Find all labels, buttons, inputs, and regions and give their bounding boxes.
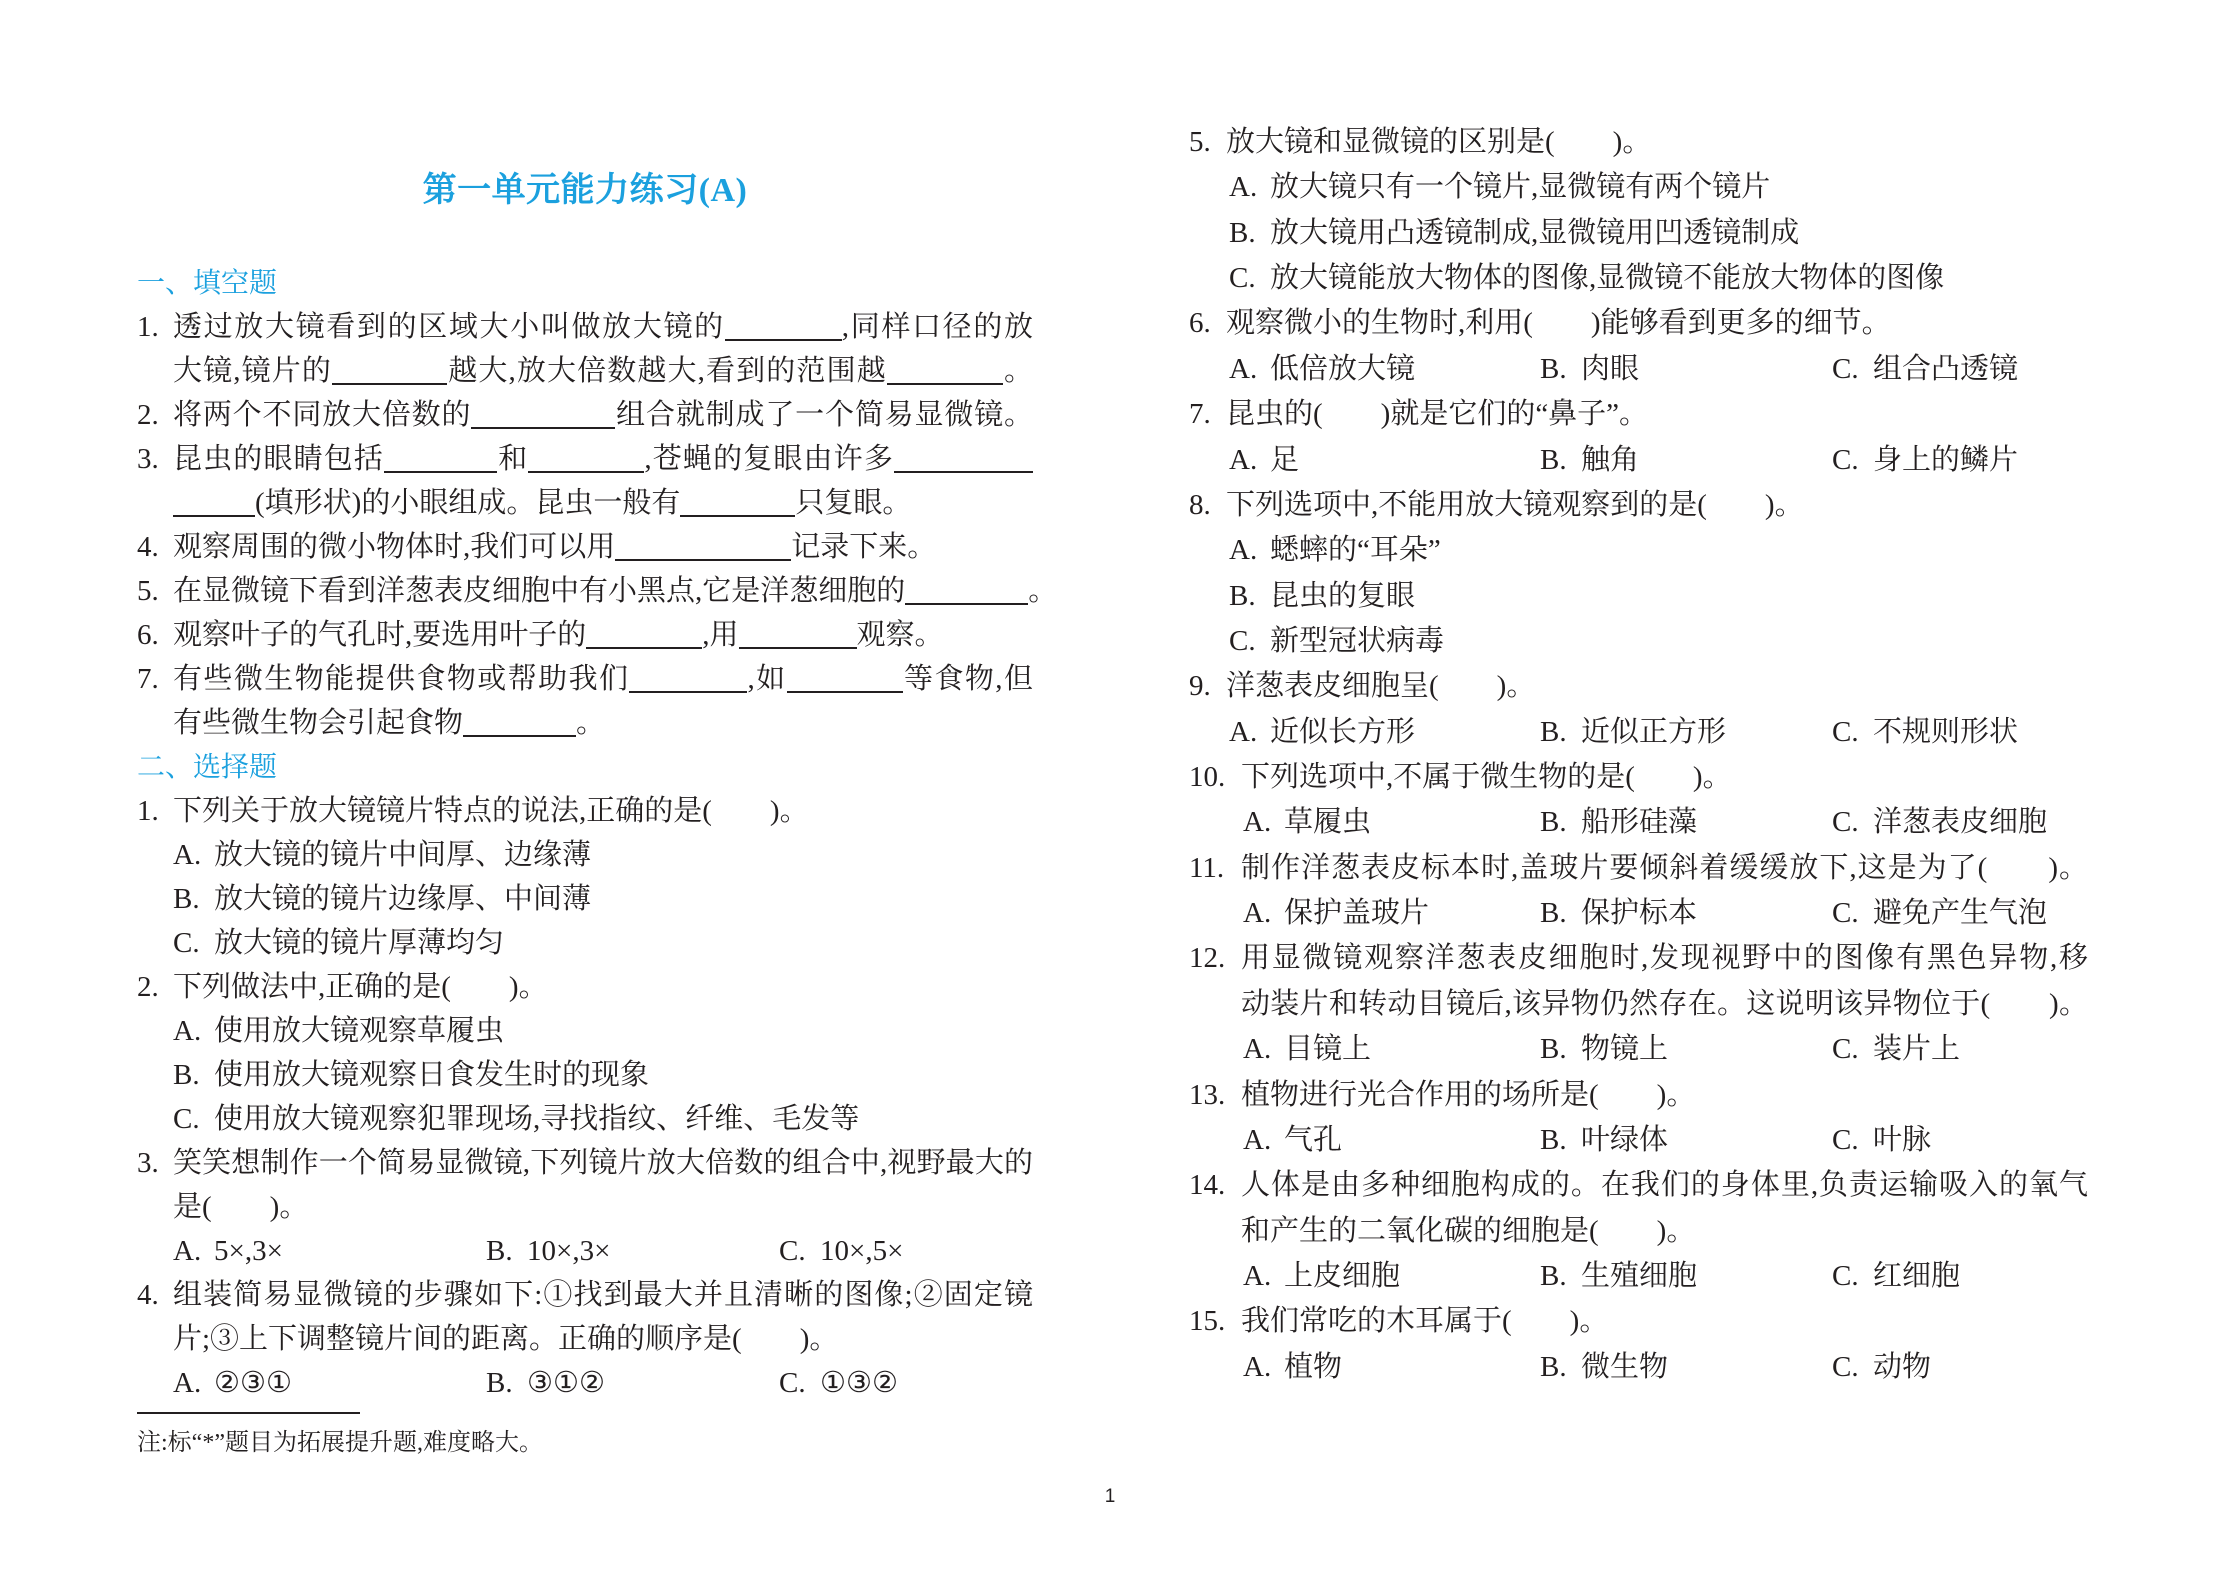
question-text: ,用	[702, 619, 738, 651]
choice-options-row: A.②③① B.③①② C.①③②	[137, 1361, 1033, 1405]
answer-blank	[471, 427, 615, 429]
option-text: 保护盖玻片	[1284, 897, 1429, 929]
question-text: 。	[1028, 575, 1057, 607]
choice-option-c: C.身上的鳞片	[1832, 438, 2018, 483]
choice-question-5: 5.放大镜和显微镜的区别是( )。	[1189, 120, 2088, 165]
question-number: 1.	[137, 305, 159, 349]
question-number: 13.	[1189, 1073, 1225, 1118]
option-text: ②③①	[214, 1367, 292, 1399]
option-text: 放大镜只有一个镜片,显微镜有两个镜片	[1270, 171, 1770, 203]
choice-option-c: C.组合凸透镜	[1832, 347, 2018, 392]
option-label: A.	[1243, 800, 1284, 845]
choice-question-6: 6.观察微小的生物时,利用( )能够看到更多的细节。	[1189, 301, 2088, 346]
option-label: B.	[1540, 800, 1581, 845]
choice-option-c: C.①③②	[779, 1361, 898, 1405]
option-text: 10×,5×	[820, 1235, 903, 1267]
question-stem: 我们常吃的木耳属于( )。	[1241, 1305, 1608, 1337]
question-text: 。	[576, 707, 605, 739]
option-label: B.	[173, 877, 214, 921]
answer-blank	[173, 515, 255, 517]
option-text: 叶绿体	[1581, 1124, 1668, 1156]
option-text: 放大镜的镜片中间厚、边缘薄	[214, 839, 591, 871]
choice-option-b: B.③①②	[486, 1361, 605, 1405]
choice-question-13: 13.植物进行光合作用的场所是( )。	[1189, 1073, 2088, 1118]
question-stem: 下列选项中,不属于微生物的是( )。	[1241, 761, 1732, 793]
question-stem: 放大镜和显微镜的区别是( )。	[1226, 126, 1651, 158]
choice-option-a: A.草履虫	[1243, 800, 1371, 845]
question-text: ,如	[747, 663, 786, 695]
option-label: B.	[1540, 891, 1581, 936]
question-stem: 下列关于放大镜镜片特点的说法,正确的是( )。	[173, 795, 809, 827]
option-label: B.	[1229, 211, 1270, 256]
choice-question-10: 10.下列选项中,不属于微生物的是( )。	[1189, 755, 2088, 800]
fill-in-question-3: 3.昆虫的眼睛包括和,苍蝇的复眼由许多	[137, 437, 1033, 481]
question-stem: 片;③上下调整镜片间的距离。正确的顺序是( )。	[173, 1323, 838, 1355]
question-text: 透过放大镜看到的区域大小叫做放大镜的	[173, 311, 725, 343]
option-label: C.	[1832, 1118, 1873, 1163]
option-text: 微生物	[1581, 1351, 1668, 1383]
question-text: 观察周围的微小物体时,我们可以用	[173, 531, 615, 563]
choice-question-1: 1.下列关于放大镜镜片特点的说法,正确的是( )。	[137, 789, 1033, 833]
option-text: 昆虫的复眼	[1270, 580, 1415, 612]
option-label: A.	[1243, 1118, 1284, 1163]
question-number: 6.	[137, 613, 159, 657]
choice-option-c: C.红细胞	[1832, 1254, 1960, 1299]
question-stem: 下列做法中,正确的是( )。	[173, 971, 548, 1003]
option-text: 上皮细胞	[1284, 1260, 1400, 1292]
option-label: C.	[1229, 256, 1270, 301]
option-text: 触角	[1581, 444, 1639, 476]
choice-question-15: 15.我们常吃的木耳属于( )。	[1189, 1299, 2088, 1344]
question-number: 2.	[137, 393, 159, 437]
question-stem: 下列选项中,不能用放大镜观察到的是( )。	[1226, 489, 1804, 521]
right-column: 5.放大镜和显微镜的区别是( )。 A.放大镜只有一个镜片,显微镜有两个镜片 B…	[1189, 120, 2088, 1390]
option-text: 放大镜的镜片边缘厚、中间薄	[214, 883, 591, 915]
choice-options-row: A.保护盖玻片 B.保护标本 C.避免产生气泡	[1189, 891, 2088, 936]
answer-blank	[629, 691, 747, 693]
choice-question-3-continued: 是( )。	[137, 1185, 1033, 1229]
choice-option-a: A.蟋蟀的“耳朵”	[1189, 528, 2088, 573]
choice-question-3: 3.笑笑想制作一个简易显微镜,下列镜片放大倍数的组合中,视野最大的	[137, 1141, 1033, 1185]
question-number: 3.	[137, 437, 159, 481]
option-label: B.	[1540, 1027, 1581, 1072]
option-label: A.	[1229, 438, 1270, 483]
choice-option-b: B.叶绿体	[1540, 1118, 1668, 1163]
choice-question-2: 2.下列做法中,正确的是( )。	[137, 965, 1033, 1009]
option-text: 物镜上	[1581, 1033, 1668, 1065]
option-label: C.	[1229, 619, 1270, 664]
choice-option-b: B.10×,3×	[486, 1229, 610, 1273]
option-text: 肉眼	[1581, 353, 1639, 385]
answer-blank	[528, 471, 644, 473]
choice-question-12: 12.用显微镜观察洋葱表皮细胞时,发现视野中的图像有黑色异物,移	[1189, 936, 2088, 981]
choice-option-a: A.放大镜的镜片中间厚、边缘薄	[137, 833, 1033, 877]
option-label: A.	[173, 1361, 214, 1405]
question-stem: 用显微镜观察洋葱表皮细胞时,发现视野中的图像有黑色异物,移	[1241, 942, 2088, 974]
page-number: 1	[1090, 1484, 1130, 1510]
choice-options-row: A.目镜上 B.物镜上 C.装片上	[1189, 1027, 2088, 1072]
question-stem: 笑笑想制作一个简易显微镜,下列镜片放大倍数的组合中,视野最大的	[173, 1147, 1033, 1179]
option-text: 组合凸透镜	[1873, 353, 2018, 385]
choice-question-14-continued: 和产生的二氧化碳的细胞是( )。	[1189, 1209, 2088, 1254]
option-label: A.	[1243, 1027, 1284, 1072]
question-stem: 和产生的二氧化碳的细胞是( )。	[1241, 1215, 1695, 1247]
option-text: 低倍放大镜	[1270, 353, 1415, 385]
question-number: 7.	[137, 657, 159, 701]
fill-in-question-7: 7.有些微生物能提供食物或帮助我们,如等食物,但	[137, 657, 1033, 701]
fill-in-question-6: 6.观察叶子的气孔时,要选用叶子的,用观察。	[137, 613, 1033, 657]
choice-question-9: 9.洋葱表皮细胞呈( )。	[1189, 664, 2088, 709]
question-stem: 昆虫的( )就是它们的“鼻子”。	[1226, 398, 1648, 430]
question-stem: 制作洋葱表皮标本时,盖玻片要倾斜着缓缓放下,这是为了( )。	[1241, 852, 2088, 884]
option-label: C.	[1832, 1345, 1873, 1390]
option-text: 放大镜能放大物体的图像,显微镜不能放大物体的图像	[1270, 262, 1944, 294]
answer-blank	[725, 339, 842, 341]
question-text: 有些微生物会引起食物	[173, 707, 463, 739]
choice-option-c: C.洋葱表皮细胞	[1832, 800, 2047, 845]
option-label: A.	[1229, 710, 1270, 755]
option-text: 近似正方形	[1581, 716, 1726, 748]
choice-option-c: C.使用放大镜观察犯罪现场,寻找指纹、纤维、毛发等	[137, 1097, 1033, 1141]
question-text: 只复眼。	[795, 487, 911, 519]
question-number: 11.	[1189, 846, 1224, 891]
section-heading-multiple-choice: 二、选择题	[137, 745, 1033, 789]
choice-option-a: A.保护盖玻片	[1243, 891, 1429, 936]
question-stem: 观察微小的生物时,利用( )能够看到更多的细节。	[1226, 307, 1891, 339]
question-number: 4.	[137, 525, 159, 569]
question-text: 在显微镜下看到洋葱表皮细胞中有小黑点,它是洋葱细胞的	[173, 575, 905, 607]
question-stem: 组装简易显微镜的步骤如下:①找到最大并且清晰的图像;②固定镜	[173, 1279, 1033, 1311]
choice-option-c: C.10×,5×	[779, 1229, 903, 1273]
question-stem: 动装片和转动目镜后,该异物仍然存在。这说明该异物位于( )。	[1241, 988, 2088, 1020]
fill-in-question-3-continued: (填形状)的小眼组成。昆虫一般有只复眼。	[137, 481, 1033, 525]
choice-option-a: A.使用放大镜观察草履虫	[137, 1009, 1033, 1053]
option-text: 使用放大镜观察日食发生时的现象	[214, 1059, 649, 1091]
answer-blank	[680, 515, 795, 517]
answer-blank	[739, 647, 857, 649]
option-label: B.	[1540, 1118, 1581, 1163]
choice-option-c: C.装片上	[1832, 1027, 1960, 1072]
question-text: 昆虫的眼睛包括	[173, 443, 384, 475]
question-text: 观察。	[857, 619, 944, 651]
option-label: C.	[1832, 710, 1873, 755]
option-text: 草履虫	[1284, 806, 1371, 838]
page-title: 第一单元能力练习(A)	[137, 168, 1033, 214]
option-text: 新型冠状病毒	[1270, 625, 1444, 657]
question-stem: 是( )。	[173, 1191, 308, 1223]
choice-option-a: A.气孔	[1243, 1118, 1342, 1163]
option-label: B.	[1540, 347, 1581, 392]
option-text: 使用放大镜观察草履虫	[214, 1015, 504, 1047]
question-number: 12.	[1189, 936, 1225, 981]
choice-question-12-continued: 动装片和转动目镜后,该异物仍然存在。这说明该异物位于( )。	[1189, 982, 2088, 1027]
choice-options-row: A.近似长方形 B.近似正方形 C.不规则形状	[1189, 710, 2088, 755]
choice-options-row: A.低倍放大镜 B.肉眼 C.组合凸透镜	[1189, 347, 2088, 392]
question-number: 10.	[1189, 755, 1225, 800]
question-number: 15.	[1189, 1299, 1225, 1344]
option-text: 蟋蟀的“耳朵”	[1270, 534, 1441, 566]
option-label: A.	[173, 1009, 214, 1053]
choice-options-row: A.上皮细胞 B.生殖细胞 C.红细胞	[1189, 1254, 2088, 1299]
option-text: 不规则形状	[1873, 716, 2018, 748]
choice-option-b: B.船形硅藻	[1540, 800, 1697, 845]
question-text: 大镜,镜片的	[173, 355, 332, 387]
question-number: 14.	[1189, 1163, 1225, 1208]
choice-question-8: 8.下列选项中,不能用放大镜观察到的是( )。	[1189, 483, 2088, 528]
option-text: 气孔	[1284, 1124, 1342, 1156]
choice-option-b: B.昆虫的复眼	[1189, 574, 2088, 619]
option-text: 5×,3×	[214, 1235, 283, 1267]
option-label: A.	[173, 1229, 214, 1273]
choice-option-a: A.目镜上	[1243, 1027, 1371, 1072]
choice-option-b: B.物镜上	[1540, 1027, 1668, 1072]
question-text: 将两个不同放大倍数的	[173, 399, 471, 431]
choice-option-c: C.动物	[1832, 1345, 1931, 1390]
question-number: 5.	[137, 569, 159, 613]
choice-option-a: A.低倍放大镜	[1229, 347, 1415, 392]
option-text: 10×,3×	[527, 1235, 610, 1267]
option-label: B.	[486, 1229, 527, 1273]
option-label: B.	[1229, 574, 1270, 619]
option-label: B.	[1540, 1345, 1581, 1390]
option-text: 生殖细胞	[1581, 1260, 1697, 1292]
option-text: 动物	[1873, 1351, 1931, 1383]
option-label: B.	[1540, 1254, 1581, 1299]
option-label: B.	[173, 1053, 214, 1097]
option-label: C.	[1832, 347, 1873, 392]
choice-question-14: 14.人体是由多种细胞构成的。在我们的身体里,负责运输吸入的氧气	[1189, 1163, 2088, 1208]
answer-blank	[887, 383, 1003, 385]
option-text: 装片上	[1873, 1033, 1960, 1065]
choice-option-c: C.避免产生气泡	[1832, 891, 2047, 936]
choice-option-b: B.保护标本	[1540, 891, 1697, 936]
option-label: C.	[779, 1361, 820, 1405]
question-text: 和	[497, 443, 528, 475]
question-text: 记录下来。	[791, 531, 936, 563]
choice-option-a: A.植物	[1243, 1345, 1342, 1390]
question-number: 5.	[1189, 120, 1211, 165]
option-label: C.	[173, 921, 214, 965]
option-text: ③①②	[527, 1367, 605, 1399]
option-label: C.	[1832, 1254, 1873, 1299]
choice-question-4-continued: 片;③上下调整镜片间的距离。正确的顺序是( )。	[137, 1317, 1033, 1361]
option-text: 洋葱表皮细胞	[1873, 806, 2047, 838]
question-stem: 人体是由多种细胞构成的。在我们的身体里,负责运输吸入的氧气	[1241, 1169, 2088, 1201]
option-text: 船形硅藻	[1581, 806, 1697, 838]
question-stem: 洋葱表皮细胞呈( )。	[1226, 670, 1535, 702]
option-label: A.	[1229, 347, 1270, 392]
option-text: 身上的鳞片	[1873, 444, 2018, 476]
option-label: B.	[486, 1361, 527, 1405]
option-text: 放大镜用凸透镜制成,显微镜用凹透镜制成	[1270, 217, 1799, 249]
choice-option-c: C.放大镜能放大物体的图像,显微镜不能放大物体的图像	[1189, 256, 2088, 301]
choice-option-a: A.②③①	[173, 1361, 292, 1405]
option-label: C.	[1832, 438, 1873, 483]
option-label: A.	[1243, 891, 1284, 936]
choice-option-b: B.放大镜的镜片边缘厚、中间薄	[137, 877, 1033, 921]
answer-blank	[615, 559, 791, 561]
option-label: C.	[1832, 891, 1873, 936]
option-text: 使用放大镜观察犯罪现场,寻找指纹、纤维、毛发等	[214, 1103, 859, 1135]
choice-question-7: 7.昆虫的( )就是它们的“鼻子”。	[1189, 392, 2088, 437]
section-heading-fill-in: 一、填空题	[137, 261, 1033, 305]
choice-options-row: A.5×,3× B.10×,3× C.10×,5×	[137, 1229, 1033, 1273]
option-text: 放大镜的镜片厚薄均匀	[214, 927, 504, 959]
choice-option-b: B.放大镜用凸透镜制成,显微镜用凹透镜制成	[1189, 211, 2088, 256]
question-number: 1.	[137, 789, 159, 833]
answer-blank	[463, 735, 576, 737]
question-number: 6.	[1189, 301, 1211, 346]
choice-option-c: C.新型冠状病毒	[1189, 619, 2088, 664]
choice-option-a: A.足	[1229, 438, 1299, 483]
option-label: A.	[1243, 1254, 1284, 1299]
option-text: 足	[1270, 444, 1299, 476]
choice-options-row: A.植物 B.微生物 C.动物	[1189, 1345, 2088, 1390]
choice-option-a: A.5×,3×	[173, 1229, 283, 1273]
footnote: 注:标“*”题目为拓展提升题,难度略大。	[137, 1428, 543, 1458]
choice-option-c: C.叶脉	[1832, 1118, 1931, 1163]
choice-option-b: B.生殖细胞	[1540, 1254, 1697, 1299]
question-text: 组合就制成了一个简易显微镜。	[615, 399, 1033, 431]
question-stem: 植物进行光合作用的场所是( )。	[1241, 1079, 1695, 1111]
question-text: 越大,放大倍数越大,看到的范围越	[447, 355, 887, 387]
answer-blank	[787, 691, 903, 693]
choice-option-b: B.近似正方形	[1540, 710, 1726, 755]
choice-option-b: B.肉眼	[1540, 347, 1639, 392]
option-text: 避免产生气泡	[1873, 897, 2047, 929]
question-text: 观察叶子的气孔时,要选用叶子的	[173, 619, 586, 651]
question-text: ,同样口径的放	[842, 311, 1033, 343]
option-text: 红细胞	[1873, 1260, 1960, 1292]
answer-blank	[894, 471, 1033, 473]
question-number: 9.	[1189, 664, 1211, 709]
choice-option-a: A.近似长方形	[1229, 710, 1415, 755]
question-text: (填形状)的小眼组成。昆虫一般有	[255, 487, 680, 519]
footnote-divider	[137, 1412, 360, 1414]
option-label: A.	[1229, 528, 1270, 573]
choice-option-b: B.触角	[1540, 438, 1639, 483]
answer-blank	[332, 383, 447, 385]
question-number: 4.	[137, 1273, 159, 1317]
question-text: ,苍蝇的复眼由许多	[644, 443, 894, 475]
choice-question-11: 11.制作洋葱表皮标本时,盖玻片要倾斜着缓缓放下,这是为了( )。	[1189, 846, 2088, 891]
option-label: A.	[173, 833, 214, 877]
fill-in-question-1: 1.透过放大镜看到的区域大小叫做放大镜的,同样口径的放	[137, 305, 1033, 349]
fill-in-question-2: 2.将两个不同放大倍数的组合就制成了一个简易显微镜。	[137, 393, 1033, 437]
question-number: 3.	[137, 1141, 159, 1185]
choice-option-b: B.使用放大镜观察日食发生时的现象	[137, 1053, 1033, 1097]
question-text: 等食物,但	[903, 663, 1033, 695]
answer-blank	[905, 603, 1028, 605]
question-text: 。	[1003, 355, 1033, 387]
choice-option-c: C.不规则形状	[1832, 710, 2018, 755]
answer-blank	[384, 471, 497, 473]
choice-option-b: B.微生物	[1540, 1345, 1668, 1390]
choice-option-c: C.放大镜的镜片厚薄均匀	[137, 921, 1033, 965]
option-text: 叶脉	[1873, 1124, 1931, 1156]
fill-in-question-1-continued: 大镜,镜片的越大,放大倍数越大,看到的范围越。	[137, 349, 1033, 393]
choice-options-row: A.足 B.触角 C.身上的鳞片	[1189, 438, 2088, 483]
option-label: B.	[1540, 710, 1581, 755]
option-label: C.	[1832, 800, 1873, 845]
option-label: C.	[173, 1097, 214, 1141]
choice-options-row: A.草履虫 B.船形硅藻 C.洋葱表皮细胞	[1189, 800, 2088, 845]
fill-in-question-4: 4.观察周围的微小物体时,我们可以用记录下来。	[137, 525, 1033, 569]
option-text: ①③②	[820, 1367, 898, 1399]
question-number: 8.	[1189, 483, 1211, 528]
question-text: 有些微生物能提供食物或帮助我们	[173, 663, 629, 695]
option-label: A.	[1243, 1345, 1284, 1390]
question-number: 7.	[1189, 392, 1211, 437]
choice-option-a: A.放大镜只有一个镜片,显微镜有两个镜片	[1189, 165, 2088, 210]
option-label: A.	[1229, 165, 1270, 210]
option-label: C.	[779, 1229, 820, 1273]
option-text: 保护标本	[1581, 897, 1697, 929]
fill-in-question-5: 5.在显微镜下看到洋葱表皮细胞中有小黑点,它是洋葱细胞的。	[137, 569, 1033, 613]
option-text: 目镜上	[1284, 1033, 1371, 1065]
question-number: 2.	[137, 965, 159, 1009]
choice-question-4: 4.组装简易显微镜的步骤如下:①找到最大并且清晰的图像;②固定镜	[137, 1273, 1033, 1317]
choice-options-row: A.气孔 B.叶绿体 C.叶脉	[1189, 1118, 2088, 1163]
choice-option-a: A.上皮细胞	[1243, 1254, 1400, 1299]
option-text: 近似长方形	[1270, 716, 1415, 748]
answer-blank	[586, 647, 702, 649]
option-label: B.	[1540, 438, 1581, 483]
option-label: C.	[1832, 1027, 1873, 1072]
worksheet-page: 第一单元能力练习(A) 一、填空题 1.透过放大镜看到的区域大小叫做放大镜的,同…	[0, 0, 2220, 1571]
left-column: 一、填空题 1.透过放大镜看到的区域大小叫做放大镜的,同样口径的放 大镜,镜片的…	[137, 261, 1033, 1405]
option-text: 植物	[1284, 1351, 1342, 1383]
fill-in-question-7-continued: 有些微生物会引起食物。	[137, 701, 1033, 745]
